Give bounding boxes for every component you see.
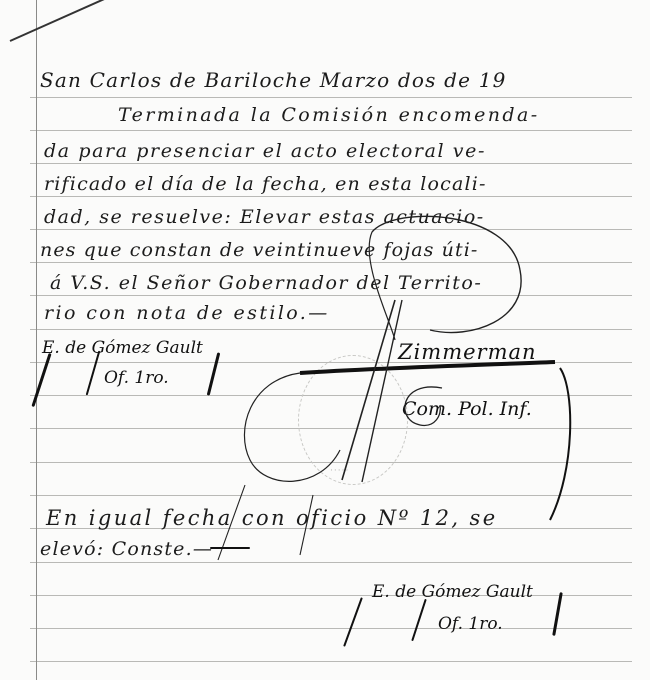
addendum-line-2: elevó: Conste.— — [40, 538, 213, 560]
signature-3-name: E. de Gómez Gault — [372, 582, 533, 602]
addendum-dash — [210, 547, 250, 549]
manuscript-page: ····· San Carlos de Bariloche Marzo dos … — [0, 0, 650, 680]
addendum-line-1: En igual fecha con oficio Nº 12, se — [46, 506, 498, 530]
signature-3-title: Of. 1ro. — [438, 614, 503, 634]
signature-flourish-strokes — [0, 0, 650, 680]
